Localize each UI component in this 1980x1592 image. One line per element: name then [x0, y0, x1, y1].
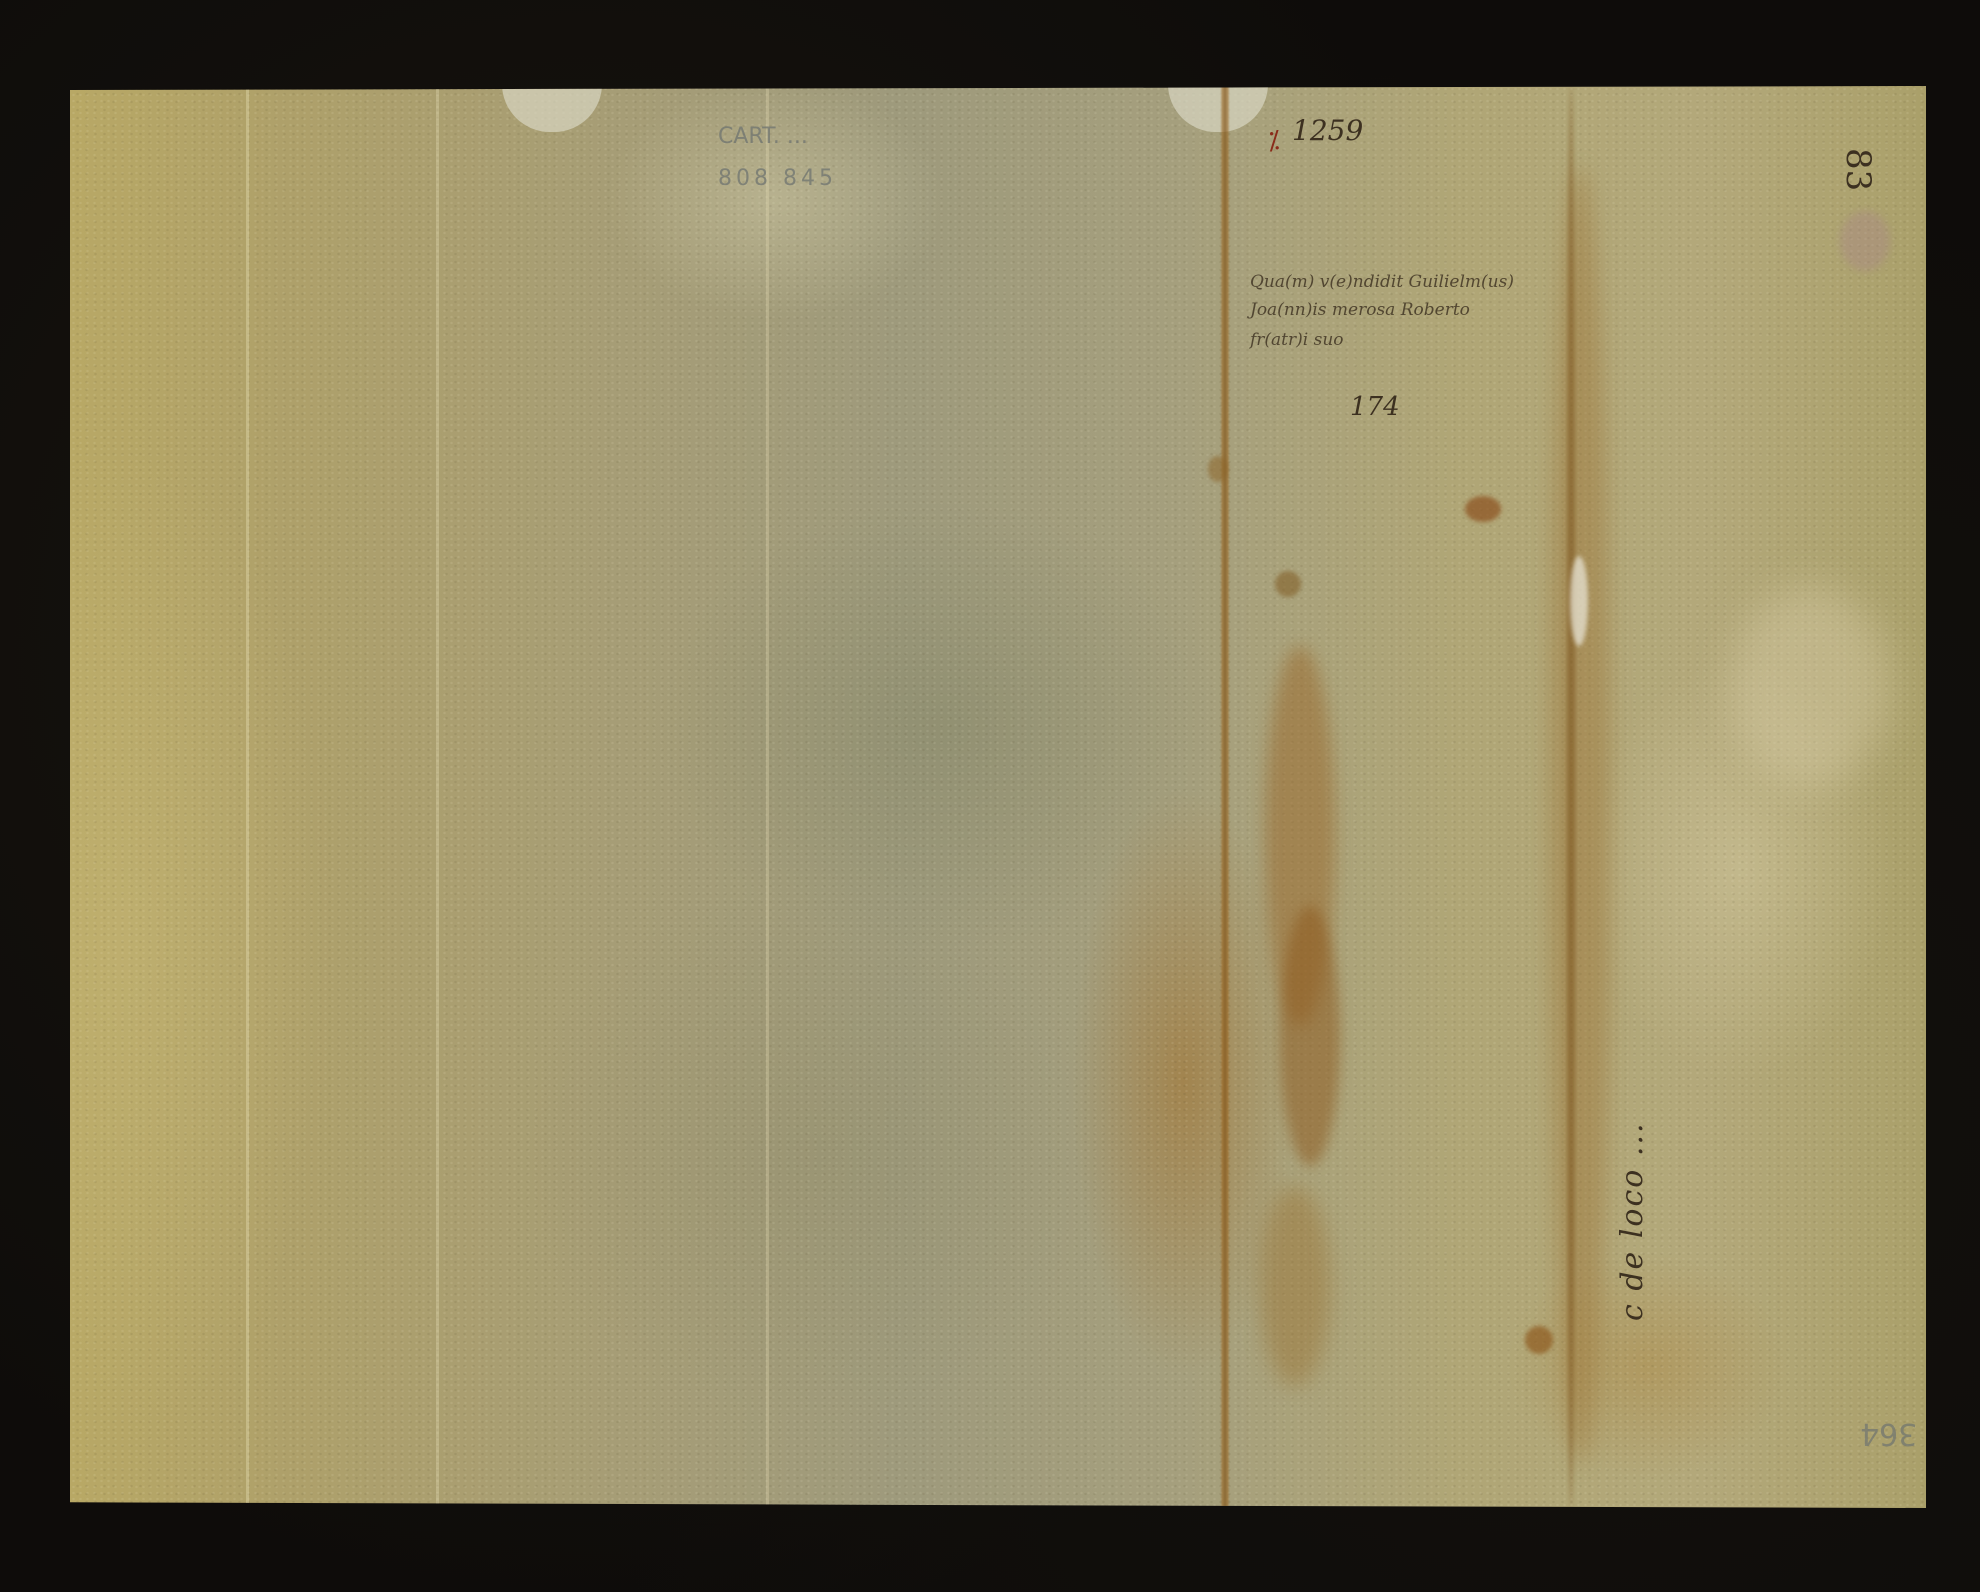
stain [1465, 496, 1501, 522]
pencil-shelfmark-line2: 808 845 [718, 166, 837, 191]
parchment-sheet: CART. ... 808 845 ⁒ 1259 Qua(m) v(e)ndid… [70, 86, 1926, 1508]
pencil-shelfmark-line1: CART. ... [718, 124, 808, 149]
fold-line [436, 86, 439, 1508]
regest-line-3: fr(atr)i suo [1250, 330, 1344, 350]
date-annotation: 1259 [1292, 114, 1363, 147]
fold-line [246, 86, 249, 1508]
stain [1525, 1326, 1553, 1354]
stain [1208, 456, 1228, 482]
worn-spot [1570, 556, 1588, 646]
regest-line-1: Qua(m) v(e)ndidit Guilielm(us) [1250, 272, 1514, 292]
stain [1275, 571, 1301, 597]
fold-line [766, 86, 769, 1508]
red-mark: ⁒ [1268, 126, 1280, 156]
stain [1840, 211, 1890, 271]
vertical-stain-band [1550, 166, 1610, 1466]
number-174: 174 [1350, 392, 1400, 422]
vertical-inscription: c de loco ... [1615, 1122, 1650, 1322]
pale-area [1730, 586, 1890, 786]
stain [1260, 1186, 1330, 1386]
regest-line-2: Joa(nn)is merosa Roberto [1250, 300, 1470, 320]
crease-line [1567, 86, 1575, 1508]
right-margin-number: 83 [1838, 148, 1878, 191]
pencil-number-364: 364 [1860, 1416, 1917, 1451]
stain [1280, 906, 1340, 1166]
stained-fold-line [1220, 86, 1230, 1508]
